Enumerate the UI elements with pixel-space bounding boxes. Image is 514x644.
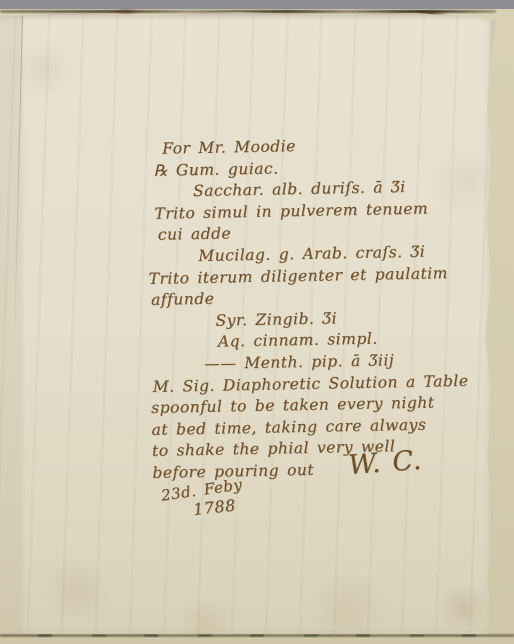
manuscript-page: For Mr. Moodie ℞ Gum. guiac. Sacchar. al… — [0, 12, 496, 634]
photo-backdrop: For Mr. Moodie ℞ Gum. guiac. Sacchar. al… — [0, 0, 514, 644]
date-year: 1788 — [192, 496, 236, 519]
manuscript-text: For Mr. Moodie ℞ Gum. guiac. Sacchar. al… — [0, 132, 503, 487]
top-edge-smudge-left — [112, 8, 140, 15]
signature-initials: W. C. — [347, 445, 423, 481]
stack-edge-line — [0, 634, 514, 637]
